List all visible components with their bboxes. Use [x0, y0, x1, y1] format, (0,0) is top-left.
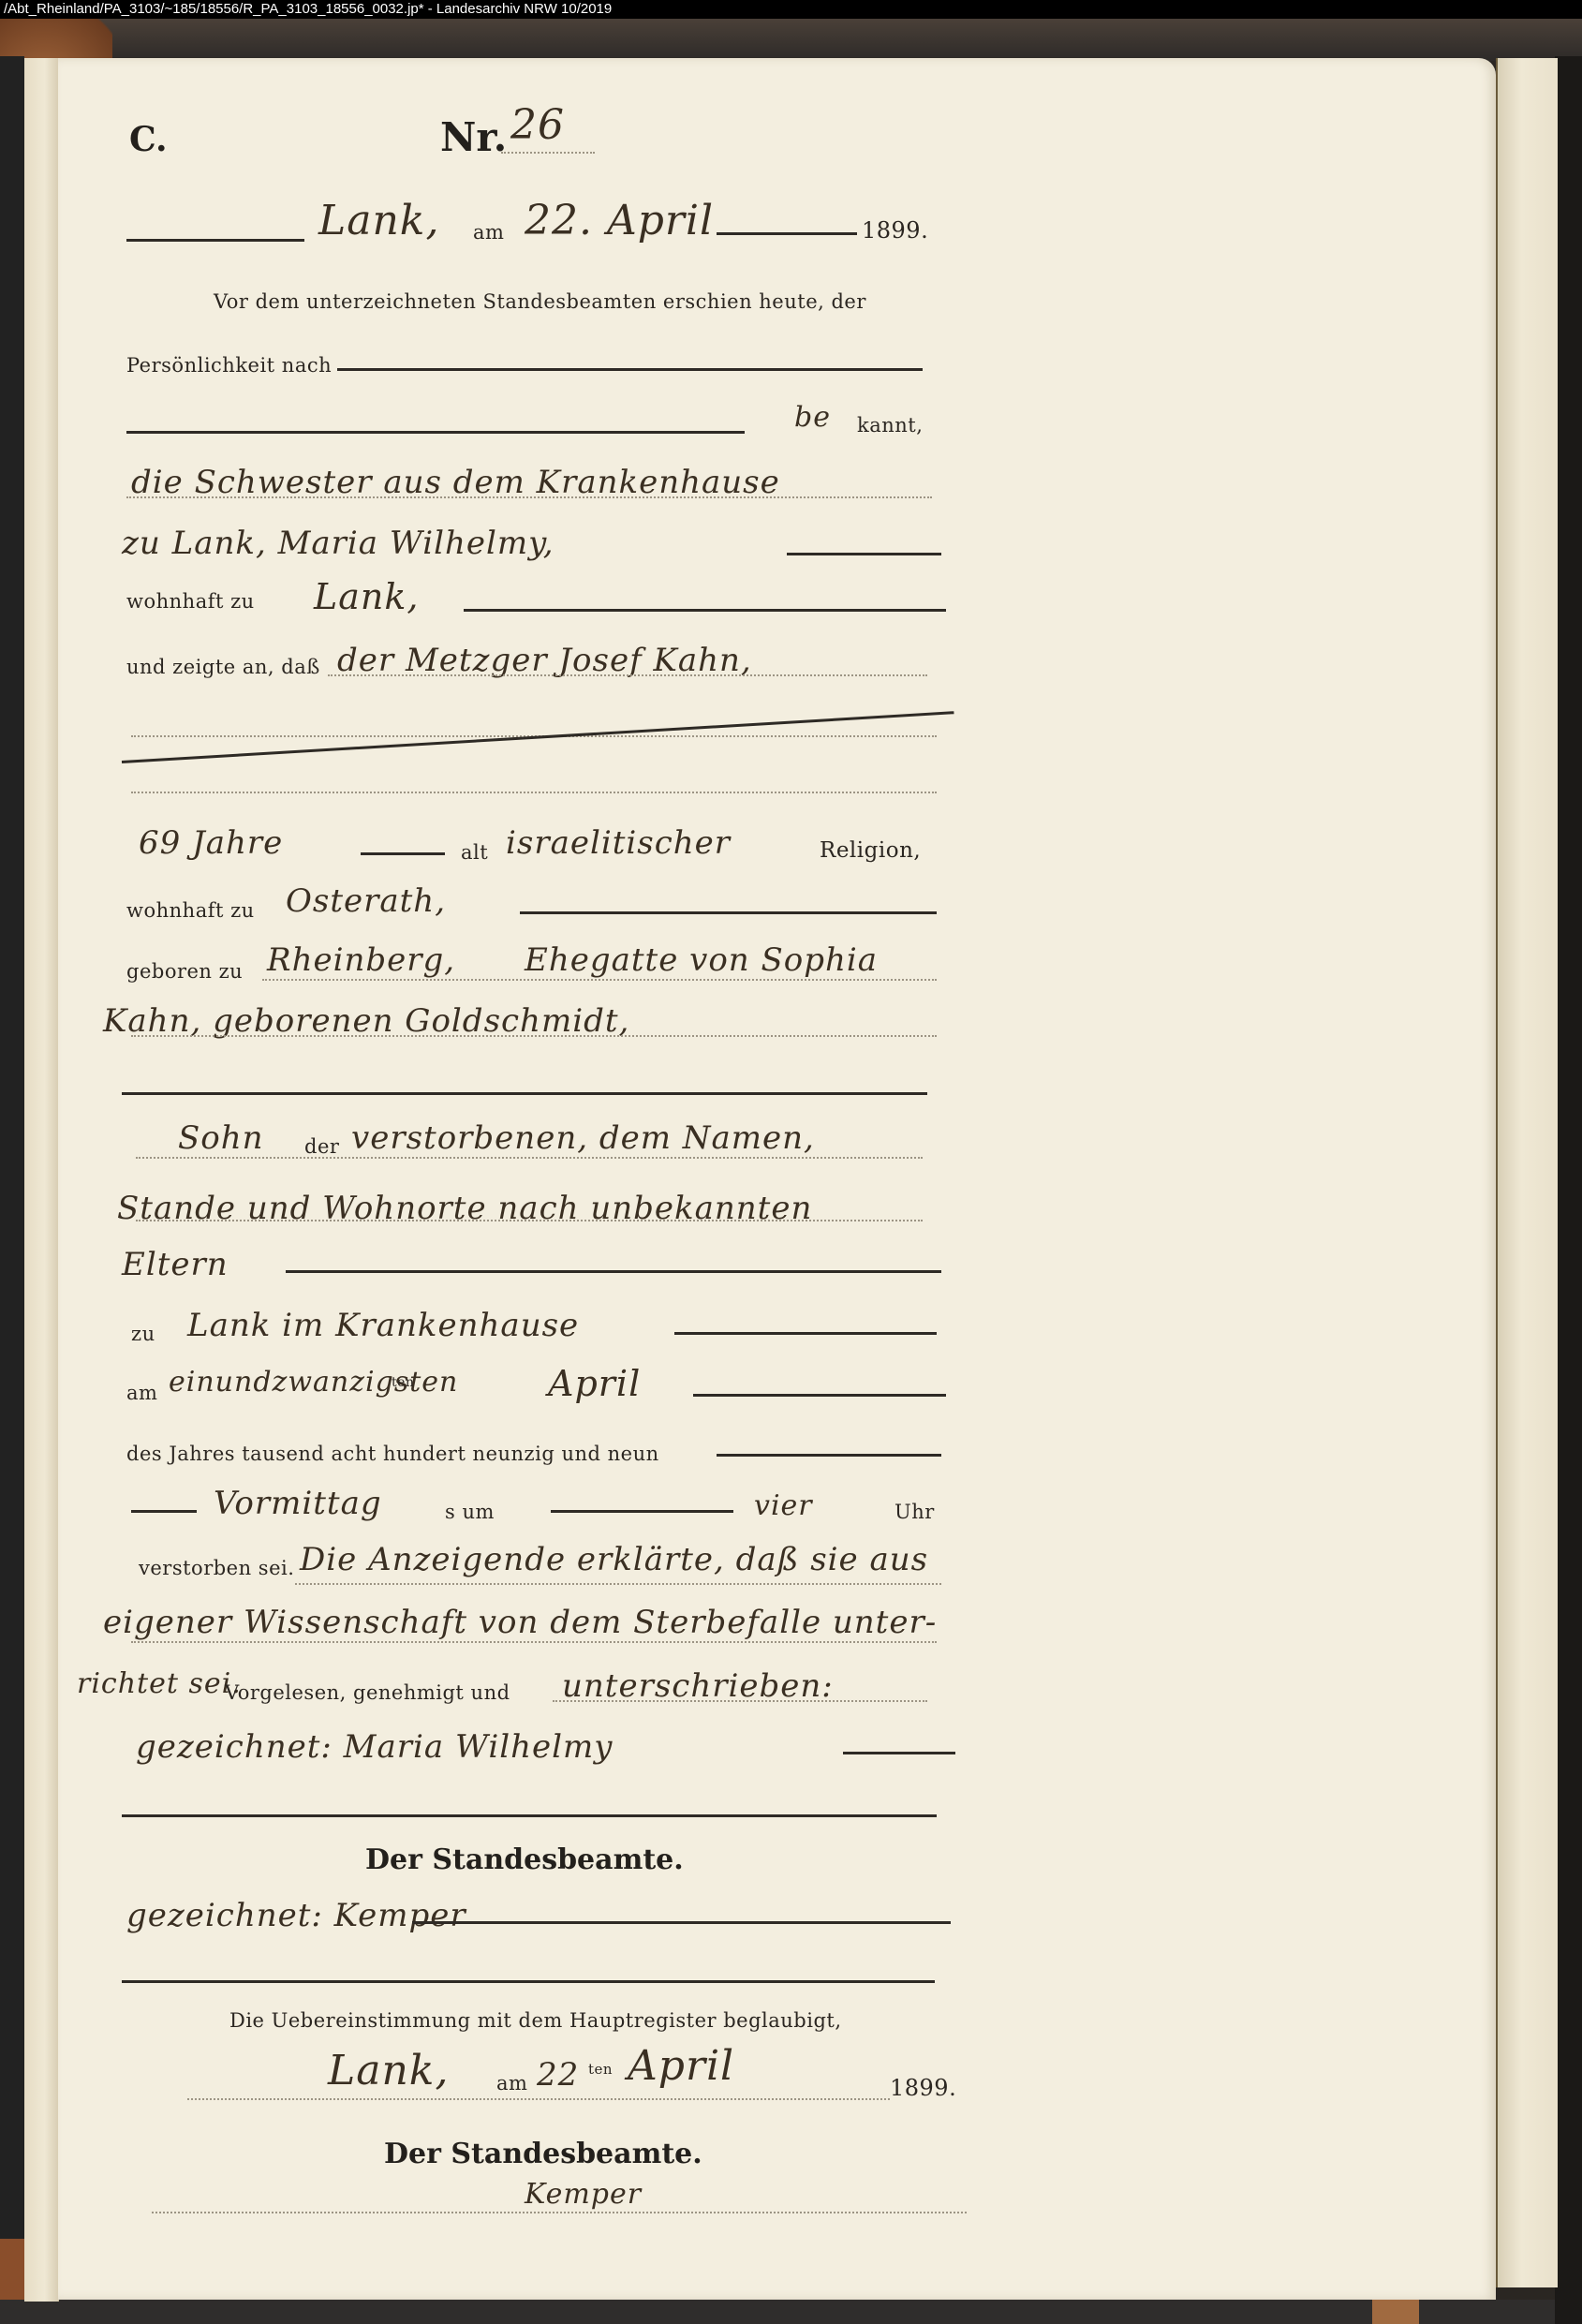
wohnhaft-label: wohnhaft zu: [126, 590, 255, 613]
birthplace: Rheinberg,: [267, 941, 455, 979]
parents-line-1-rest: verstorbenen, dem Namen,: [351, 1119, 815, 1157]
zeigte-an-label: und zeigte an, daß: [126, 656, 320, 678]
certification-place: Lank,: [328, 2047, 449, 2095]
book-cover-right: [1555, 56, 1582, 2324]
certification-registrar-heading: Der Standesbeamte.: [384, 2138, 702, 2170]
wohnhaft-label-2: wohnhaft zu: [126, 899, 255, 922]
nr-label: Nr.: [440, 114, 507, 160]
personality-label: Persönlichkeit nach: [126, 354, 332, 377]
deceased-residence: Osterath,: [286, 882, 446, 920]
nr-value: 26: [510, 101, 565, 149]
death-day-label: am: [126, 1382, 157, 1404]
certification-month: April: [628, 2042, 734, 2090]
parents-line-2: Stande und Wohnorte nach unbekannten: [117, 1190, 812, 1227]
certification-year: 1899.: [890, 2075, 956, 2101]
time-of-day: Vormittag: [214, 1485, 382, 1522]
signed-registrar: gezeichnet: Kemper: [126, 1897, 466, 1934]
binding-margin: [24, 58, 59, 2302]
certification-am-label: am: [496, 2072, 527, 2095]
uhr-label: Uhr: [894, 1501, 935, 1523]
certification-day-suffix: ten: [588, 2061, 613, 2078]
spouse-line-1: Ehegatte von Sophia: [525, 941, 878, 979]
informant-residence: Lank,: [314, 576, 419, 617]
unterschrieben: unterschrieben:: [562, 1667, 834, 1705]
intro-text: Vor dem unterzeichneten Standesbeamten e…: [214, 290, 866, 313]
spouse-line-2: Kahn, geborenen Goldschmidt,: [103, 1002, 629, 1040]
section-letter: C.: [129, 120, 168, 159]
book-cover-bottom: [0, 2300, 1582, 2324]
registrar-heading: Der Standesbeamte.: [365, 1843, 684, 1876]
verstorben-label: verstorben sei.: [139, 1557, 294, 1579]
certification-text: Die Uebereinstimmung mit dem Hauptregist…: [229, 2009, 842, 2032]
bekannt-label: kannt,: [857, 414, 923, 437]
registration-year: 1899.: [862, 217, 928, 244]
register-page: [58, 58, 1496, 2300]
parents-line-1-son: Sohn: [178, 1119, 264, 1157]
rule: [126, 239, 304, 242]
deceased-name: der Metzger Josef Kahn,: [337, 642, 752, 679]
death-day-suffix: ten: [392, 1375, 414, 1390]
certification-signature: Kemper: [525, 2178, 642, 2211]
alt-label: alt: [461, 841, 488, 864]
vorgelesen-label: Vorgelesen, genehmigt und: [225, 1681, 510, 1704]
deceased-religion: israelitischer: [506, 824, 731, 862]
death-day: einundzwanzigsten: [169, 1366, 458, 1399]
am-label: am: [473, 221, 504, 244]
window-title: /Abt_Rheinland/PA_3103/~185/18556/R_PA_3…: [0, 0, 1582, 19]
book-cover-top: [0, 19, 1582, 61]
time-suffix: s um: [445, 1501, 495, 1523]
geboren-label: geboren zu: [126, 960, 243, 983]
remark-line-1: Die Anzeigende erklärte, daß sie aus: [300, 1541, 928, 1578]
parents-line-3: Eltern: [122, 1246, 229, 1283]
death-place-label: zu: [131, 1323, 155, 1345]
registration-date: 22. April: [525, 197, 714, 244]
book-cover-left: [0, 56, 24, 2304]
religion-label: Religion,: [820, 838, 921, 863]
remark-line-3: richtet sei.: [77, 1667, 242, 1700]
death-month: April: [548, 1363, 641, 1404]
bekannt-handwritten: be: [794, 401, 831, 434]
next-page-edge: [1496, 58, 1558, 2287]
death-year-text: des Jahres tausend acht hundert neunzig …: [126, 1443, 659, 1465]
registration-place: Lank,: [318, 197, 439, 244]
parents-line-1-der: der: [304, 1135, 339, 1158]
certification-day: 22: [537, 2056, 579, 2094]
informant-line-2: zu Lank, Maria Wilhelmy,: [122, 525, 554, 562]
signed-informant: gezeichnet: Maria Wilhelmy: [136, 1728, 613, 1766]
death-place: Lank im Krankenhause: [187, 1307, 579, 1344]
informant-line-1: die Schwester aus dem Krankenhause: [131, 464, 780, 501]
remark-line-2: eigener Wissenschaft von dem Sterbefalle…: [103, 1604, 937, 1641]
death-hour: vier: [754, 1489, 813, 1522]
deceased-age: 69 Jahre: [139, 824, 283, 862]
